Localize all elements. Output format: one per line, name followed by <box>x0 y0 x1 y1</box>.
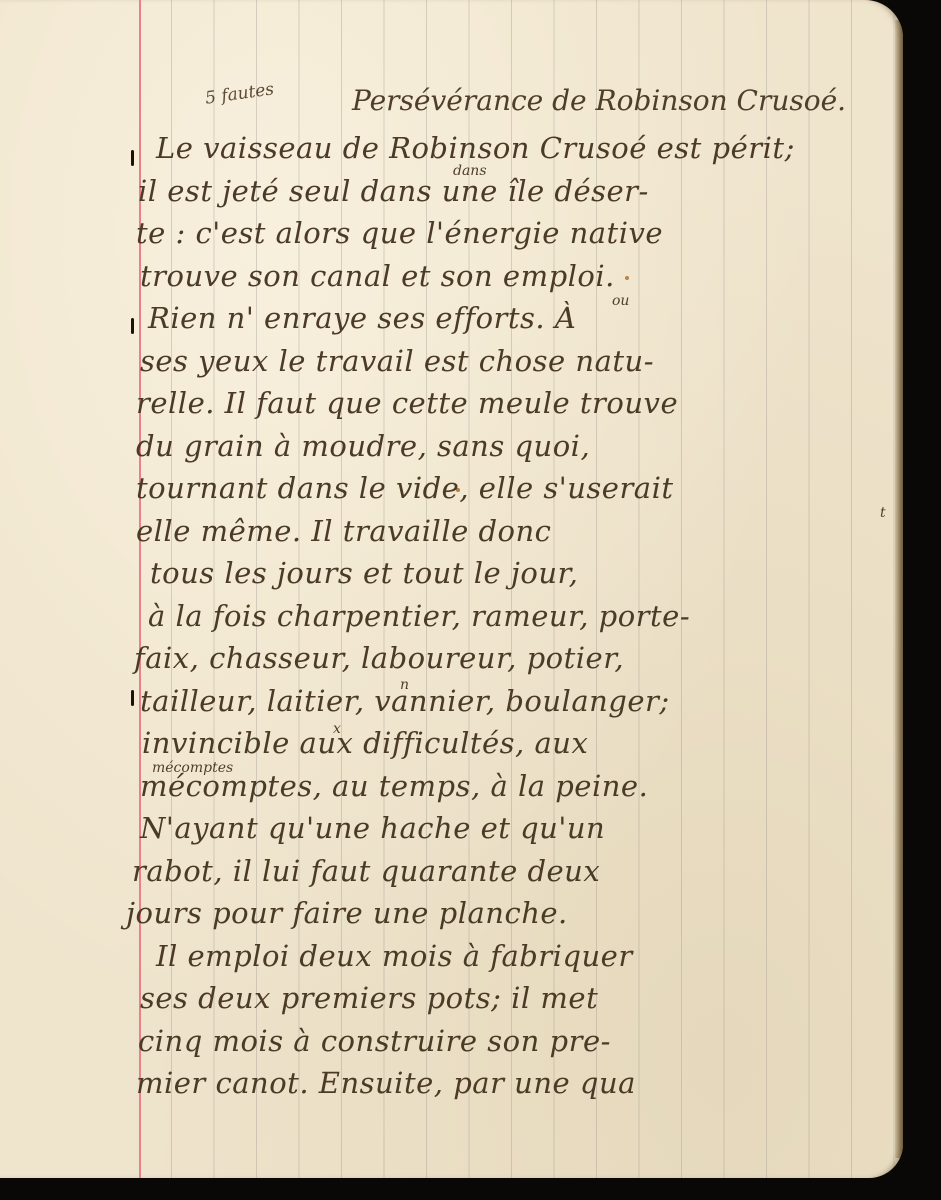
text-line-21: ses deux premiers pots; il met <box>140 981 598 1015</box>
text-line-2: il est jeté seul dans une île déser- <box>138 174 649 208</box>
text-line-13: faix, chasseur, laboureur, potier, <box>134 641 624 675</box>
text-line-6: ses yeux le travail est chose natu- <box>140 344 654 378</box>
text-line-10: elle même. Il travaille donc <box>136 514 551 548</box>
text-line-19: jours pour faire une planche. <box>126 896 568 930</box>
insertion-t: t <box>880 505 886 521</box>
text-line-20: Il emploi deux mois à fabriquer <box>156 939 633 973</box>
margin-tick-mark <box>131 318 134 334</box>
insertion-ou: ou <box>612 293 629 309</box>
margin-tick-mark <box>131 690 134 706</box>
text-line-15: invincible aux difficultés, aux <box>142 726 588 760</box>
text-line-12: à la fois charpentier, rameur, porte- <box>148 599 690 633</box>
text-line-22: cinq mois à construire son pre- <box>138 1024 611 1058</box>
page-title: Persévérance de Robinson Crusoé. <box>352 84 846 117</box>
margin-tick-mark <box>131 150 134 166</box>
text-line-8: du grain à moudre, sans quoi, <box>136 429 590 463</box>
notebook-page: 5 fautes Persévérance de Robinson Crusoé… <box>0 0 903 1178</box>
text-line-9: tournant dans le vide, elle s'userait <box>136 471 674 505</box>
text-line-14: tailleur, laitier, vannier, boulanger; <box>140 684 670 718</box>
text-line-16: mécomptes, au temps, à la peine. <box>140 769 648 803</box>
page-edge <box>895 20 903 1158</box>
text-line-7: relle. Il faut que cette meule trouve <box>136 386 678 420</box>
text-line-3: te : c'est alors que l'énergie native <box>136 216 663 250</box>
text-line-17: N'ayant qu'une hache et qu'un <box>140 811 605 845</box>
text-line-5: Rien n' enraye ses efforts. À <box>148 301 576 335</box>
ink-stain <box>625 276 629 280</box>
text-line-23: mier canot. Ensuite, par une qua <box>136 1066 636 1100</box>
text-line-18: rabot, il lui faut quarante deux <box>132 854 600 888</box>
text-line-11: tous les jours et tout le jour, <box>150 556 578 590</box>
text-line-1: Le vaisseau de Robinson Crusoé est périt… <box>156 131 795 165</box>
text-line-4: trouve son canal et son emploi. <box>140 259 615 293</box>
